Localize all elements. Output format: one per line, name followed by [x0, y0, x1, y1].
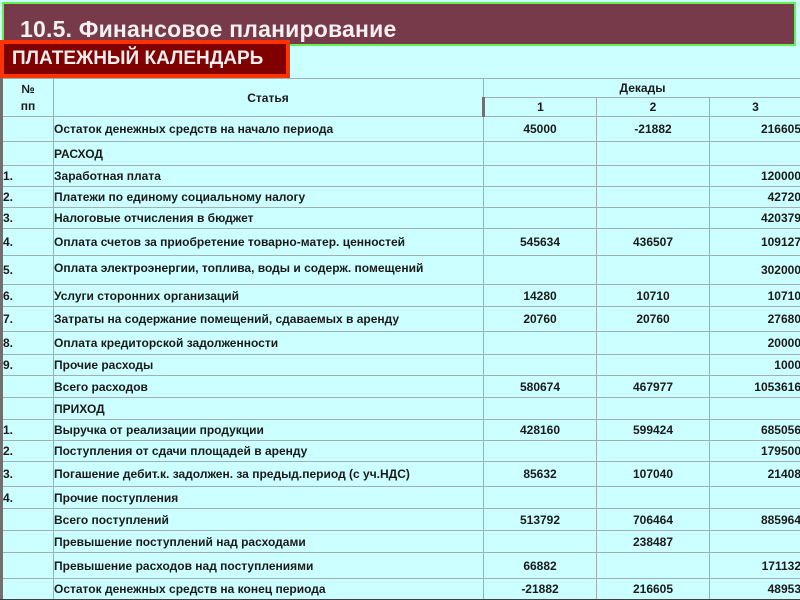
row-decade-3 [710, 531, 800, 553]
row-decade-2: 599424 [597, 420, 710, 441]
row-number: 3. [2, 208, 54, 229]
table-row: 7.Затраты на содержание помещений, сдава… [2, 307, 800, 332]
row-decade-2 [597, 256, 710, 285]
row-decade-2 [597, 332, 710, 355]
row-number: 1. [2, 166, 54, 187]
header-num-line2: пп [3, 98, 53, 115]
row-number [2, 509, 54, 531]
row-article: Прочие расходы [54, 355, 484, 376]
header-article: Статья [54, 79, 484, 117]
row-decade-1 [484, 398, 597, 420]
row-decade-1: 545634 [484, 229, 597, 256]
row-decade-1: 45000 [484, 117, 597, 142]
table-row: Остаток денежных средств на конец период… [2, 579, 800, 600]
table-row: 2.Поступления от сдачи площадей в аренду… [2, 441, 800, 462]
row-decade-3: 1053616 [710, 376, 800, 398]
table-row: 9.Прочие расходы1000 [2, 355, 800, 376]
row-number [2, 553, 54, 579]
row-decade-2 [597, 398, 710, 420]
row-decade-2 [597, 187, 710, 208]
header-decade-2: 2 [597, 98, 710, 117]
payment-calendar-table: № пп Статья Декады 1 2 3 Остаток денежны… [0, 78, 800, 600]
table-body: Остаток денежных средств на начало перио… [2, 117, 800, 600]
table-row: Превышение расходов над поступлениями668… [2, 553, 800, 579]
row-decade-3: 48953 [710, 579, 800, 600]
row-number: 8. [2, 332, 54, 355]
row-decade-1: 513792 [484, 509, 597, 531]
row-decade-2: 20760 [597, 307, 710, 332]
table-row: 1.Выручка от реализации продукции4281605… [2, 420, 800, 441]
row-number: 1. [2, 420, 54, 441]
row-decade-2: 436507 [597, 229, 710, 256]
row-decade-1: 85632 [484, 462, 597, 487]
row-number [2, 579, 54, 600]
row-decade-1 [484, 332, 597, 355]
row-number [2, 376, 54, 398]
table-row: 2.Платежи по единому социальному налогу4… [2, 187, 800, 208]
row-decade-2 [597, 355, 710, 376]
table-row: РАСХОД [2, 142, 800, 166]
row-article: Оплата электроэнергии, топлива, воды и с… [54, 256, 484, 285]
row-decade-2 [597, 553, 710, 579]
row-article: ПРИХОД [54, 398, 484, 420]
row-decade-3: 179500 [710, 441, 800, 462]
row-article: Услуги сторонних организаций [54, 285, 484, 307]
row-number: 9. [2, 355, 54, 376]
table-row: ПРИХОД [2, 398, 800, 420]
row-article: Прочие поступления [54, 487, 484, 509]
table-row: 4.Оплата счетов за приобретение товарно-… [2, 229, 800, 256]
row-decade-1: 66882 [484, 553, 597, 579]
row-article: Поступления от сдачи площадей в аренду [54, 441, 484, 462]
row-decade-3: 42720 [710, 187, 800, 208]
header-num: № пп [2, 79, 54, 117]
row-decade-2 [597, 208, 710, 229]
row-article: Платежи по единому социальному налогу [54, 187, 484, 208]
row-article: Всего расходов [54, 376, 484, 398]
row-article: Превышение расходов над поступлениями [54, 553, 484, 579]
row-number [2, 531, 54, 553]
slide-title: 10.5. Финансовое планирование [20, 16, 396, 43]
row-decade-3: 109127 [710, 229, 800, 256]
row-decade-2 [597, 166, 710, 187]
table-row: Всего расходов5806744679771053616 [2, 376, 800, 398]
row-number: 4. [2, 487, 54, 509]
row-article: Заработная плата [54, 166, 484, 187]
row-number: 7. [2, 307, 54, 332]
row-number [2, 117, 54, 142]
row-decade-3: 420379 [710, 208, 800, 229]
table-row: 3.Налоговые отчисления в бюджет420379 [2, 208, 800, 229]
row-decade-2 [597, 441, 710, 462]
row-number: 4. [2, 229, 54, 256]
table-row: Превышение поступлений над расходами2384… [2, 531, 800, 553]
row-number: 5. [2, 256, 54, 285]
table-row: 1.Заработная плата120000 [2, 166, 800, 187]
row-article: Остаток денежных средств на конец период… [54, 579, 484, 600]
row-decade-1 [484, 441, 597, 462]
row-decade-1 [484, 487, 597, 509]
row-decade-1: -21882 [484, 579, 597, 600]
row-decade-2: 706464 [597, 509, 710, 531]
row-decade-2 [597, 142, 710, 166]
row-decade-3: 120000 [710, 166, 800, 187]
row-article: Оплата кредиторской задолженности [54, 332, 484, 355]
row-decade-3: 20000 [710, 332, 800, 355]
row-article: Оплата счетов за приобретение товарно-ма… [54, 229, 484, 256]
row-decade-2: 216605 [597, 579, 710, 600]
row-number: 6. [2, 285, 54, 307]
row-number [2, 398, 54, 420]
row-decade-1 [484, 256, 597, 285]
table-row: Остаток денежных средств на начало перио… [2, 117, 800, 142]
row-decade-1 [484, 355, 597, 376]
row-article: Затраты на содержание помещений, сдаваем… [54, 307, 484, 332]
header-decades: Декады [484, 79, 800, 98]
row-decade-2: 238487 [597, 531, 710, 553]
row-decade-3: 21408 [710, 462, 800, 487]
row-decade-3: 10710 [710, 285, 800, 307]
header-row: № пп Статья Декады [2, 79, 800, 98]
row-number: 2. [2, 187, 54, 208]
table-row: 5.Оплата электроэнергии, топлива, воды и… [2, 256, 800, 285]
row-decade-2: -21882 [597, 117, 710, 142]
row-decade-2: 467977 [597, 376, 710, 398]
row-decade-3: 685056 [710, 420, 800, 441]
row-decade-1: 580674 [484, 376, 597, 398]
row-article: Погашение дебит.к. задолжен. за предыд.п… [54, 462, 484, 487]
row-article: Остаток денежных средств на начало перио… [54, 117, 484, 142]
table-row: Всего поступлений513792706464885964 [2, 509, 800, 531]
table-row: 8.Оплата кредиторской задолженности20000 [2, 332, 800, 355]
row-decade-1 [484, 531, 597, 553]
row-decade-1 [484, 187, 597, 208]
row-article: РАСХОД [54, 142, 484, 166]
row-article: Налоговые отчисления в бюджет [54, 208, 484, 229]
table-row: 3.Погашение дебит.к. задолжен. за предыд… [2, 462, 800, 487]
table-row: 6.Услуги сторонних организаций1428010710… [2, 285, 800, 307]
header-num-line1: № [3, 81, 53, 98]
row-decade-3: 885964 [710, 509, 800, 531]
header-decade-3: 3 [710, 98, 800, 117]
row-decade-2: 10710 [597, 285, 710, 307]
row-decade-1: 20760 [484, 307, 597, 332]
row-number: 2. [2, 441, 54, 462]
row-number [2, 142, 54, 166]
row-number: 3. [2, 462, 54, 487]
row-decade-3: 216605 [710, 117, 800, 142]
badge-label: ПЛАТЕЖНЫЙ КАЛЕНДАРЬ [12, 48, 263, 70]
header-decade-1: 1 [484, 98, 597, 117]
row-decade-3 [710, 142, 800, 166]
section-badge: ПЛАТЕЖНЫЙ КАЛЕНДАРЬ [0, 40, 290, 78]
table-row: 4.Прочие поступления [2, 487, 800, 509]
row-article: Превышение поступлений над расходами [54, 531, 484, 553]
row-decade-2 [597, 487, 710, 509]
row-decade-1 [484, 208, 597, 229]
row-decade-1: 14280 [484, 285, 597, 307]
row-decade-3: 302000 [710, 256, 800, 285]
row-article: Всего поступлений [54, 509, 484, 531]
row-decade-1 [484, 142, 597, 166]
row-decade-3: 1000 [710, 355, 800, 376]
row-decade-3: 27680 [710, 307, 800, 332]
row-decade-3 [710, 398, 800, 420]
row-decade-1: 428160 [484, 420, 597, 441]
row-decade-2: 107040 [597, 462, 710, 487]
row-decade-3 [710, 487, 800, 509]
row-decade-1 [484, 166, 597, 187]
slide: 10.5. Финансовое планирование ПЛАТЕЖНЫЙ … [0, 0, 800, 600]
row-decade-3: 171132 [710, 553, 800, 579]
row-article: Выручка от реализации продукции [54, 420, 484, 441]
